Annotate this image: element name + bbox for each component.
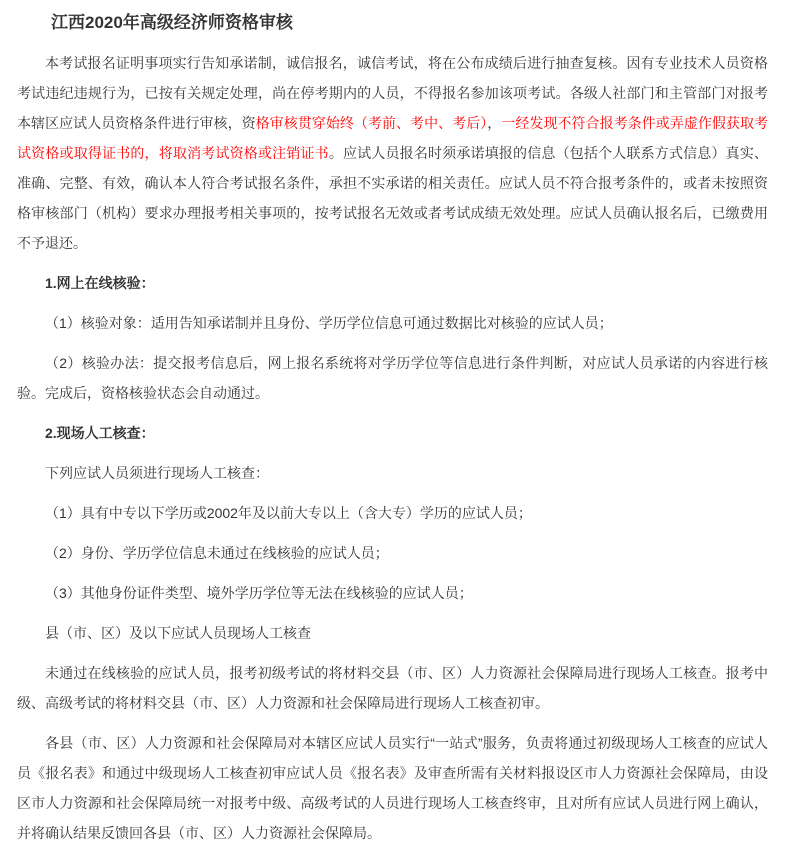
article: 江西2020年高级经济师资格审核 本考试报名证明事项实行告知承诺制，诚信报名，诚… [0, 0, 785, 844]
article-title: 江西2020年高级经济师资格审核 [17, 8, 768, 38]
onsite-check-item-1: （1）具有中专以下学历或2002年及以前大专以上（含大专）学历的应试人员； [17, 498, 768, 528]
body-text: 1.网上在线核验： [45, 275, 155, 291]
section-heading-online-check: 1.网上在线核验： [17, 268, 768, 298]
body-text: （1）具有中专以下学历或2002年及以前大专以上（含大专）学历的应试人员； [45, 505, 532, 521]
one-stop-service-paragraph: 各县（市、区）人力资源和社会保障局对本辖区应试人员实行“一站式”服务，负责将通过… [17, 728, 768, 844]
body-text: （2）核验办法：提交报考信息后，网上报名系统将对学历学位等信息进行条件判断，对应… [17, 355, 768, 401]
body-text: （3）其他身份证件类型、境外学历学位等无法在线核验的应试人员； [45, 585, 473, 601]
document-page: { "page": { "background_color": "#ffffff… [0, 0, 785, 844]
body-text: 各县（市、区）人力资源和社会保障局对本辖区应试人员实行“一站式”服务，负责将通过… [17, 735, 768, 841]
onsite-check-item-3: （3）其他身份证件类型、境外学历学位等无法在线核验的应试人员； [17, 578, 768, 608]
material-submission-paragraph: 未通过在线核验的应试人员，报考初级考试的将材料交县（市、区）人力资源社会保障局进… [17, 658, 768, 718]
onsite-check-item-2: （2）身份、学历学位信息未通过在线核验的应试人员； [17, 538, 768, 568]
county-level-note: 县（市、区）及以下应试人员现场人工核查 [17, 618, 768, 648]
red-emphasis-text: 格审核贯穿始终（考前、考中、考后） [256, 115, 488, 131]
online-check-item-1: （1）核验对象：适用告知承诺制并且身份、学历学位信息可通过数据比对核验的应试人员… [17, 308, 768, 338]
online-check-item-2: （2）核验办法：提交报考信息后，网上报名系统将对学历学位等信息进行条件判断，对应… [17, 348, 768, 408]
intro-paragraph: 本考试报名证明事项实行告知承诺制，诚信报名，诚信考试，将在公布成绩后进行抽查复核… [17, 48, 768, 258]
body-text: 2.现场人工核查： [45, 425, 155, 441]
body-text: （1）核验对象：适用告知承诺制并且身份、学历学位信息可通过数据比对核验的应试人员… [45, 315, 613, 331]
body-text: 未通过在线核验的应试人员，报考初级考试的将材料交县（市、区）人力资源社会保障局进… [17, 665, 768, 711]
onsite-check-intro: 下列应试人员须进行现场人工核查： [17, 458, 768, 488]
body-text: （2）身份、学历学位信息未通过在线核验的应试人员； [45, 545, 389, 561]
body-text: ， [487, 115, 501, 131]
body-text: 县（市、区）及以下应试人员现场人工核查 [45, 625, 311, 641]
body-text: 下列应试人员须进行现场人工核查： [45, 465, 269, 481]
section-heading-onsite-check: 2.现场人工核查： [17, 418, 768, 448]
article-body: 本考试报名证明事项实行告知承诺制，诚信报名，诚信考试，将在公布成绩后进行抽查复核… [17, 48, 768, 844]
